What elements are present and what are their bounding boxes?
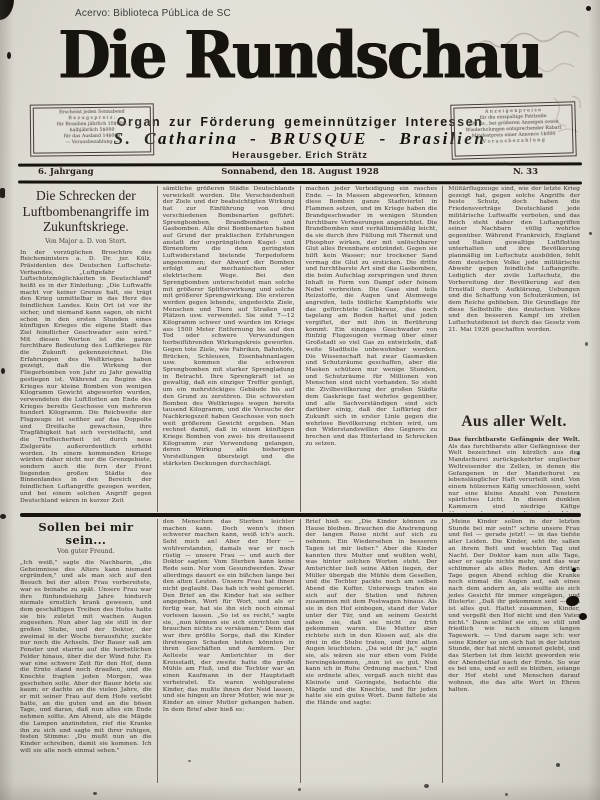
article-text: machen jeder Verteidigung ein rasches En… (306, 186, 438, 447)
world-article-lead: Das furchtbarste Gefängnis der Welt. (448, 436, 580, 443)
article-column: Militärflugzeuge sind, wie der letzte Kr… (442, 186, 580, 512)
world-article-body: Als das furchtbarste aller Gefängnisse d… (448, 444, 580, 512)
story-article: Sollen bei mir sein... Von guter Freund.… (20, 519, 580, 783)
subscription-box-text: Erscheint jeden Sonnabend B e z u g s p … (33, 106, 151, 153)
issue-date: Sonnabend, den 18. August 1928 (0, 167, 600, 177)
story-title: Sollen bei mir sein... (20, 521, 152, 547)
story-byline: Von guter Freund. (20, 548, 152, 555)
ink-speck (505, 793, 508, 796)
ink-speck (0, 514, 6, 519)
article-column: Die Schrecken der Luftbombenangriffe im … (20, 186, 157, 512)
ink-speck (298, 788, 301, 791)
ink-speck (93, 792, 97, 795)
ink-speck (589, 232, 592, 235)
world-article-text: Das furchtbarste Gefängnis der Welt. Als… (448, 437, 580, 512)
article-text: den Menschen das Sterben leichter machen… (163, 519, 295, 713)
header-rule-bottom (18, 181, 582, 184)
ink-blot (579, 613, 587, 620)
subscription-box: Erscheint jeden Sonnabend B e z u g s p … (30, 103, 155, 156)
article-column: sämtliche größeren Städte Deutschlands v… (157, 186, 300, 512)
ink-speck (572, 568, 576, 572)
article-text: In der vorzüglichen Broschüre des Reichs… (20, 250, 152, 505)
section-divider-rule (20, 513, 581, 517)
article-column: den Menschen das Sterben leichter machen… (157, 519, 300, 783)
newspaper-page: Acervo: Biblioteca PúbLica de SC Die Run… (0, 0, 600, 800)
article-column: Brief hieß es: „Die Kinder können zu Hau… (300, 519, 443, 783)
ink-speck (424, 784, 429, 788)
article-column: machen jeder Verteidigung ein rasches En… (300, 186, 443, 512)
ink-speck (556, 763, 560, 767)
main-article-byline: Von Major a. D. von Stort. (20, 238, 152, 245)
article-column: „Meine Kinder sollen in der letzten Stun… (442, 519, 580, 783)
ink-speck (585, 342, 588, 346)
ad-rates-box-text: A n z e i g e n p r e i s e für die eins… (453, 104, 573, 156)
ink-speck (7, 52, 11, 59)
article-text: sämtliche größeren Städte Deutschlands v… (163, 186, 295, 468)
ad-rates-box: A n z e i g e n p r e i s e für die eins… (450, 101, 576, 159)
article-text: „Ich weiß," sagte die Nachbarin, „die Ge… (20, 560, 152, 754)
ink-speck (586, 6, 591, 11)
article-text: Brief hieß es: „Die Kinder können zu Hau… (306, 519, 438, 707)
ink-speck (188, 760, 191, 762)
article-column: Sollen bei mir sein... Von guter Freund.… (20, 519, 157, 783)
main-article: Die Schrecken der Luftbombenangriffe im … (20, 186, 580, 512)
article-text: Militärflugzeuge sind, wie der letzte Kr… (448, 186, 580, 400)
article-text: „Meine Kinder sollen in der letzten Stun… (448, 519, 580, 693)
dateline: 6. Jahrgang Sonnabend, den 18. August 19… (0, 167, 600, 180)
ink-speck (577, 452, 580, 455)
main-article-title: Die Schrecken der Luftbombenangriffe im … (20, 188, 152, 235)
ink-speck (0, 188, 5, 198)
ink-speck (1, 368, 5, 374)
masthead-title: Die Rundschau (0, 17, 600, 95)
header-rule-top (18, 162, 582, 166)
issue-number: N. 33 (513, 167, 538, 177)
world-section-heading: Aus aller Welt. (448, 413, 580, 431)
